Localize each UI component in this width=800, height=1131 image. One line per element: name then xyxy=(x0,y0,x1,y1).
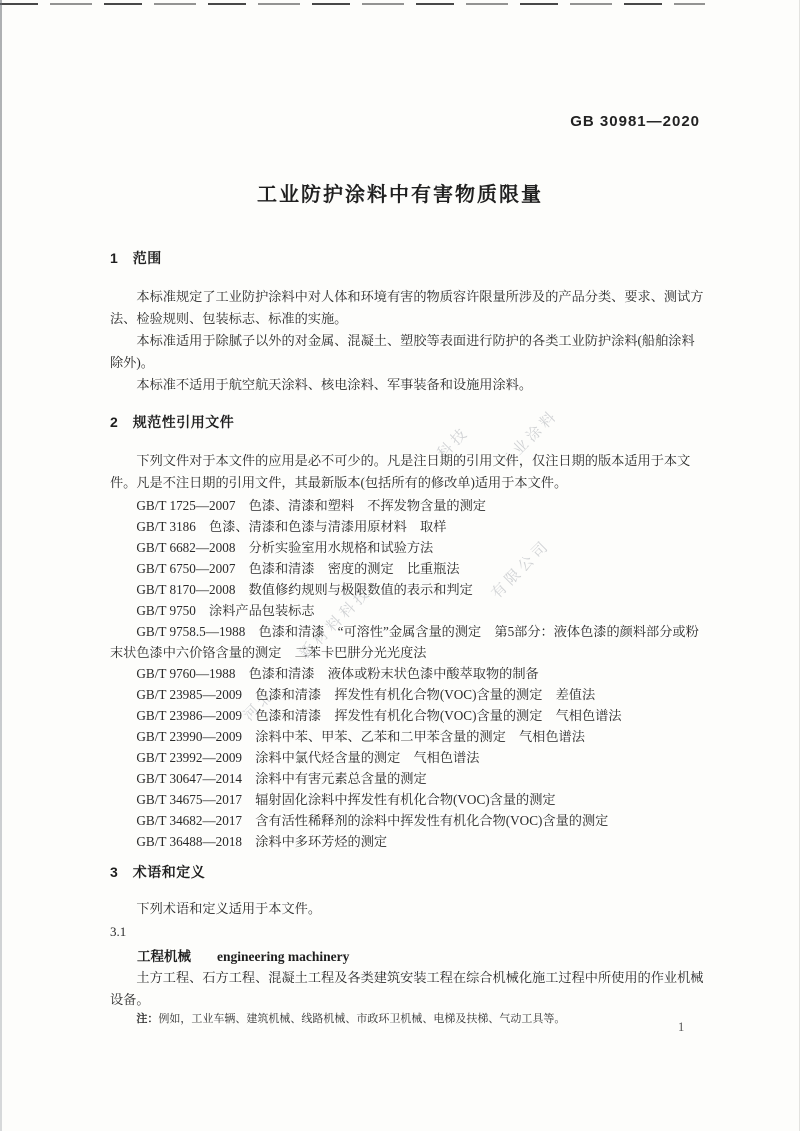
paragraph: 下列文件对于本文件的应用是必不可少的。凡是注日期的引用文件，仅注日期的版本适用于… xyxy=(110,450,704,494)
term-heading: 工程机械engineering machinery xyxy=(110,945,704,965)
reference-item: GB/T 23985—2009 色漆和清漆 挥发性有机化合物(VOC)含量的测定… xyxy=(110,684,704,705)
scan-edge-left xyxy=(0,0,2,1131)
reference-item: GB/T 3186 色漆、清漆和色漆与清漆用原材料 取样 xyxy=(110,516,704,537)
paragraph: 本标准适用于除腻子以外的对金属、混凝土、塑胶等表面进行防护的各类工业防护涂料(船… xyxy=(110,330,704,374)
reference-item: GB/T 6682—2008 分析实验室用水规格和试验方法 xyxy=(110,537,704,558)
reference-item: GB/T 30647—2014 涂料中有害元素总含量的测定 xyxy=(110,768,704,789)
paragraph: 本标准不适用于航空航天涂料、核电涂料、军事装备和设施用涂料。 xyxy=(110,374,704,396)
paragraph: 本标准规定了工业防护涂料中对人体和环境有害的物质容许限量所涉及的产品分类、要求、… xyxy=(110,286,704,330)
reference-item: GB/T 9750 涂料产品包装标志 xyxy=(110,600,704,621)
page-number: 1 xyxy=(678,1020,684,1035)
reference-item: GB/T 23986—2009 色漆和清漆 挥发性有机化合物(VOC)含量的测定… xyxy=(110,705,704,726)
scanned-document-page: 科技 工业涂料 有限公司 新材料科技 河北 GB 30981—2020 工业防护… xyxy=(0,0,800,1131)
reference-item: GB/T 9760—1988 色漆和清漆 液体或粉末状色漆中酸萃取物的制备 xyxy=(110,663,704,684)
section-1-body: 本标准规定了工业防护涂料中对人体和环境有害的物质容许限量所涉及的产品分类、要求、… xyxy=(110,286,704,396)
section-3-heading: 3 术语和定义 xyxy=(110,862,205,882)
section-1-heading: 1 范围 xyxy=(110,248,162,268)
section-3-intro: 下列术语和定义适用于本文件。 xyxy=(110,898,704,920)
note-text: 例如，工业车辆、建筑机械、线路机械、市政环卫机械、电梯及扶梯、气动工具等。 xyxy=(158,1013,565,1025)
document-title: 工业防护涂料中有害物质限量 xyxy=(0,178,800,207)
reference-item: GB/T 23990—2009 涂料中苯、甲苯、乙苯和二甲苯含量的测定 气相色谱… xyxy=(110,726,704,747)
scan-edge-top xyxy=(0,3,705,5)
reference-item: GB/T 34682—2017 含有活性稀释剂的涂料中挥发性有机化合物(VOC)… xyxy=(110,810,704,831)
term-name-en: engineering machinery xyxy=(217,949,349,964)
reference-item: GB/T 1725—2007 色漆、清漆和塑料 不挥发物含量的测定 xyxy=(110,495,704,516)
normative-references-list: GB/T 1725—2007 色漆、清漆和塑料 不挥发物含量的测定 GB/T 3… xyxy=(110,495,704,852)
paragraph: 下列术语和定义适用于本文件。 xyxy=(110,898,704,920)
term-number: 3.1 xyxy=(110,924,704,940)
reference-item: GB/T 34675—2017 辐射固化涂料中挥发性有机化合物(VOC)含量的测… xyxy=(110,789,704,810)
note-label: 注： xyxy=(136,1013,158,1025)
section-2-heading: 2 规范性引用文件 xyxy=(110,412,234,432)
term-name-cn: 工程机械 xyxy=(137,949,191,964)
reference-item: GB/T 8170—2008 数值修约规则与极限数值的表示和判定 xyxy=(110,579,704,600)
section-2-intro: 下列文件对于本文件的应用是必不可少的。凡是注日期的引用文件，仅注日期的版本适用于… xyxy=(110,450,704,494)
standard-code: GB 30981—2020 xyxy=(570,113,700,130)
reference-item: GB/T 9758.5—1988 色漆和清漆 “可溶性”金属含量的测定 第5部分… xyxy=(110,621,704,663)
reference-item: GB/T 36488—2018 涂料中多环芳烃的测定 xyxy=(110,831,704,852)
reference-item: GB/T 23992—2009 涂料中氯代烃含量的测定 气相色谱法 xyxy=(110,747,704,768)
term-definition: 土方工程、石方工程、混凝土工程及各类建筑安装工程在综合机械化施工过程中所使用的作… xyxy=(110,967,704,1011)
reference-item: GB/T 6750—2007 色漆和清漆 密度的测定 比重瓶法 xyxy=(110,558,704,579)
term-note: 注：例如，工业车辆、建筑机械、线路机械、市政环卫机械、电梯及扶梯、气动工具等。 xyxy=(110,1011,704,1027)
paragraph: 土方工程、石方工程、混凝土工程及各类建筑安装工程在综合机械化施工过程中所使用的作… xyxy=(110,967,704,1011)
